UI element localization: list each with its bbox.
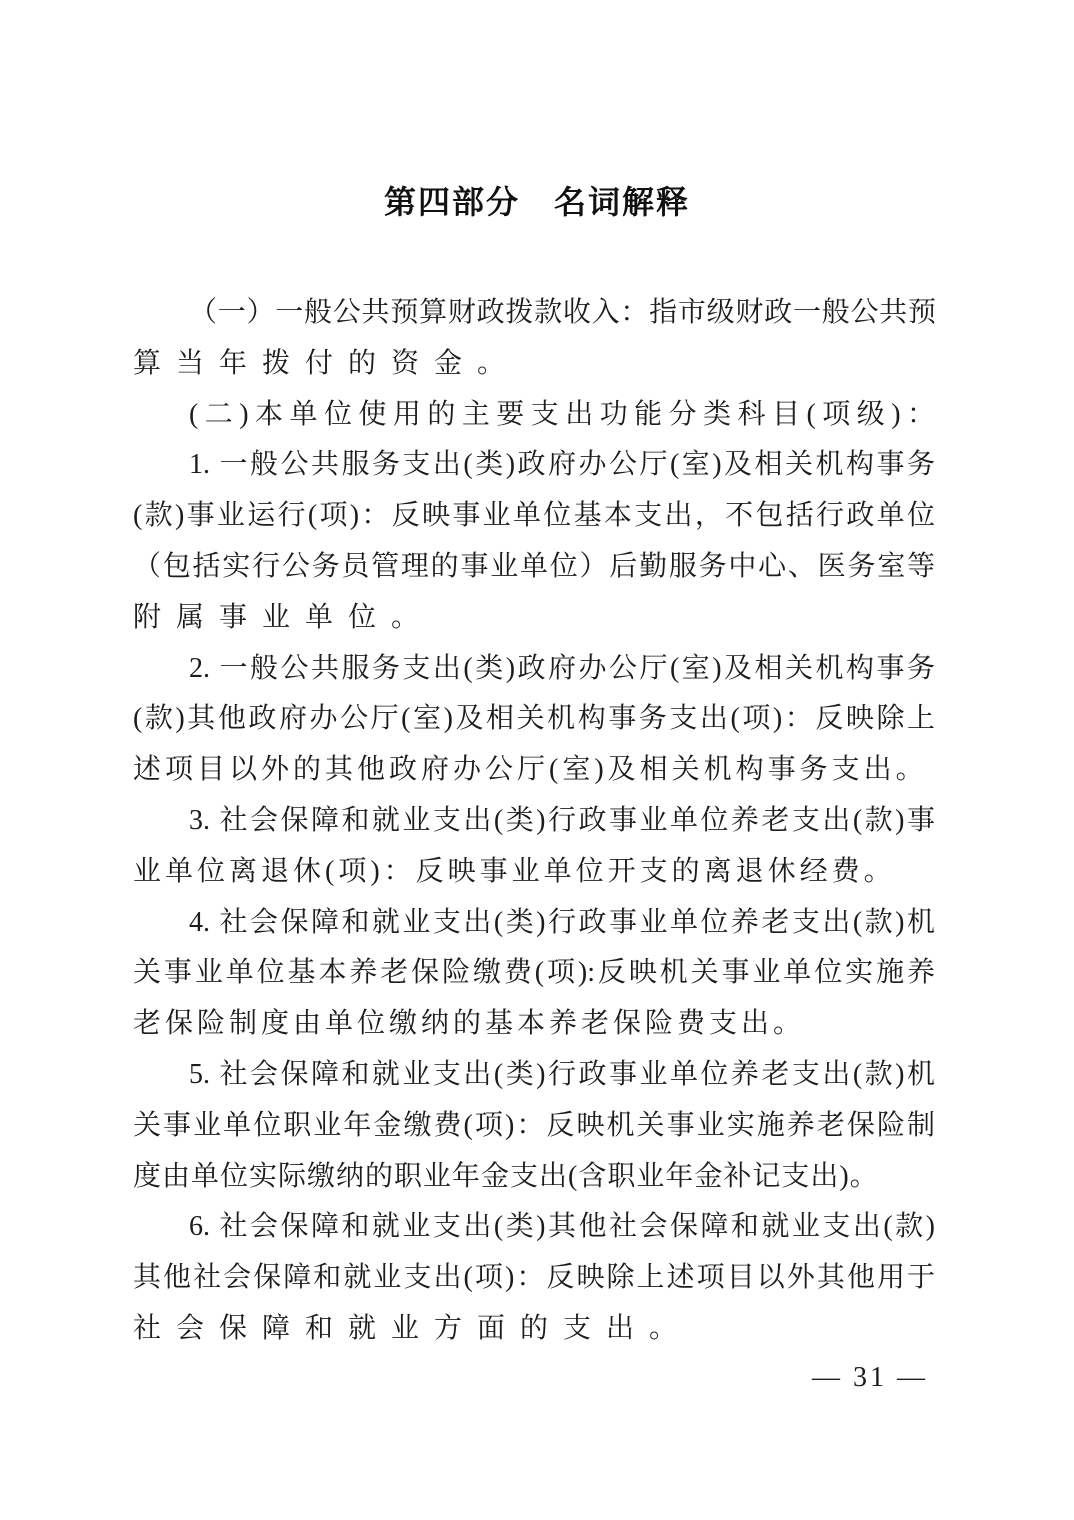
doc-line: （包括实行公务员管理的事业单位）后勤服务中心、医务室等: [133, 542, 935, 593]
doc-line: 关事业单位职业年金缴费(项)：反映机关事业实施养老保险制: [133, 1101, 935, 1152]
doc-line: 3. 社会保障和就业支出(类)行政事业单位养老支出(款)事: [133, 796, 935, 847]
paragraph: 5. 社会保障和就业支出(类)行政事业单位养老支出(款)机 关事业单位职业年金缴…: [133, 1050, 935, 1202]
doc-line: 2. 一般公共服务支出(类)政府办公厅(室)及相关机构事务: [133, 644, 935, 695]
doc-line: (款)事业运行(项)：反映事业单位基本支出，不包括行政单位: [133, 491, 935, 542]
doc-line: 5. 社会保障和就业支出(类)行政事业单位养老支出(款)机: [133, 1050, 935, 1101]
paragraph: 1. 一般公共服务支出(类)政府办公厅(室)及相关机构事务 (款)事业运行(项)…: [133, 440, 935, 643]
doc-line: 关事业单位基本养老保险缴费(项):反映机关事业单位实施养: [133, 948, 935, 999]
paragraph: 2. 一般公共服务支出(类)政府办公厅(室)及相关机构事务 (款)其他政府办公厅…: [133, 644, 935, 796]
doc-line: 老保险制度由单位缴纳的基本养老保险费支出。: [133, 999, 935, 1050]
paragraph: 6. 社会保障和就业支出(类)其他社会保障和就业支出(款) 其他社会保障和就业支…: [133, 1202, 935, 1354]
doc-line: 4. 社会保障和就业支出(类)行政事业单位养老支出(款)机: [133, 898, 935, 949]
doc-line: 附属事业单位。: [133, 593, 935, 644]
doc-line: 1. 一般公共服务支出(类)政府办公厅(室)及相关机构事务: [133, 440, 935, 491]
doc-line: (款)其他政府办公厅(室)及相关机构事务支出(项)：反映除上: [133, 694, 935, 745]
page-title: 第四部分 名词解释: [0, 183, 1074, 221]
doc-line: 其他社会保障和就业支出(项)：反映除上述项目以外其他用于: [133, 1253, 935, 1304]
document-body: （一）一般公共预算财政拨款收入：指市级财政一般公共预 算当年拨付的资金。 (二)…: [133, 288, 935, 1355]
paragraph: (二)本单位使用的主要支出功能分类科目(项级)：: [133, 390, 935, 441]
doc-line: 述项目以外的其他政府办公厅(室)及相关机构事务支出。: [133, 745, 935, 796]
doc-line: 6. 社会保障和就业支出(类)其他社会保障和就业支出(款): [133, 1202, 935, 1253]
doc-line: 业单位离退休(项)：反映事业单位开支的离退休经费。: [133, 847, 935, 898]
doc-line: 社会保障和就业方面的支出。: [133, 1304, 935, 1355]
doc-line: 算当年拨付的资金。: [133, 339, 935, 390]
page-number: — 31 —: [742, 1360, 998, 1396]
document-page: 第四部分 名词解释 （一）一般公共预算财政拨款收入：指市级财政一般公共预 算当年…: [0, 0, 1074, 1520]
doc-line: （一）一般公共预算财政拨款收入：指市级财政一般公共预: [133, 288, 935, 339]
doc-line: (二)本单位使用的主要支出功能分类科目(项级)：: [133, 390, 935, 441]
paragraph: （一）一般公共预算财政拨款收入：指市级财政一般公共预 算当年拨付的资金。: [133, 288, 935, 390]
paragraph: 3. 社会保障和就业支出(类)行政事业单位养老支出(款)事 业单位离退休(项)：…: [133, 796, 935, 898]
doc-line: 度由单位实际缴纳的职业年金支出(含职业年金补记支出)。: [133, 1152, 935, 1203]
paragraph: 4. 社会保障和就业支出(类)行政事业单位养老支出(款)机 关事业单位基本养老保…: [133, 898, 935, 1050]
